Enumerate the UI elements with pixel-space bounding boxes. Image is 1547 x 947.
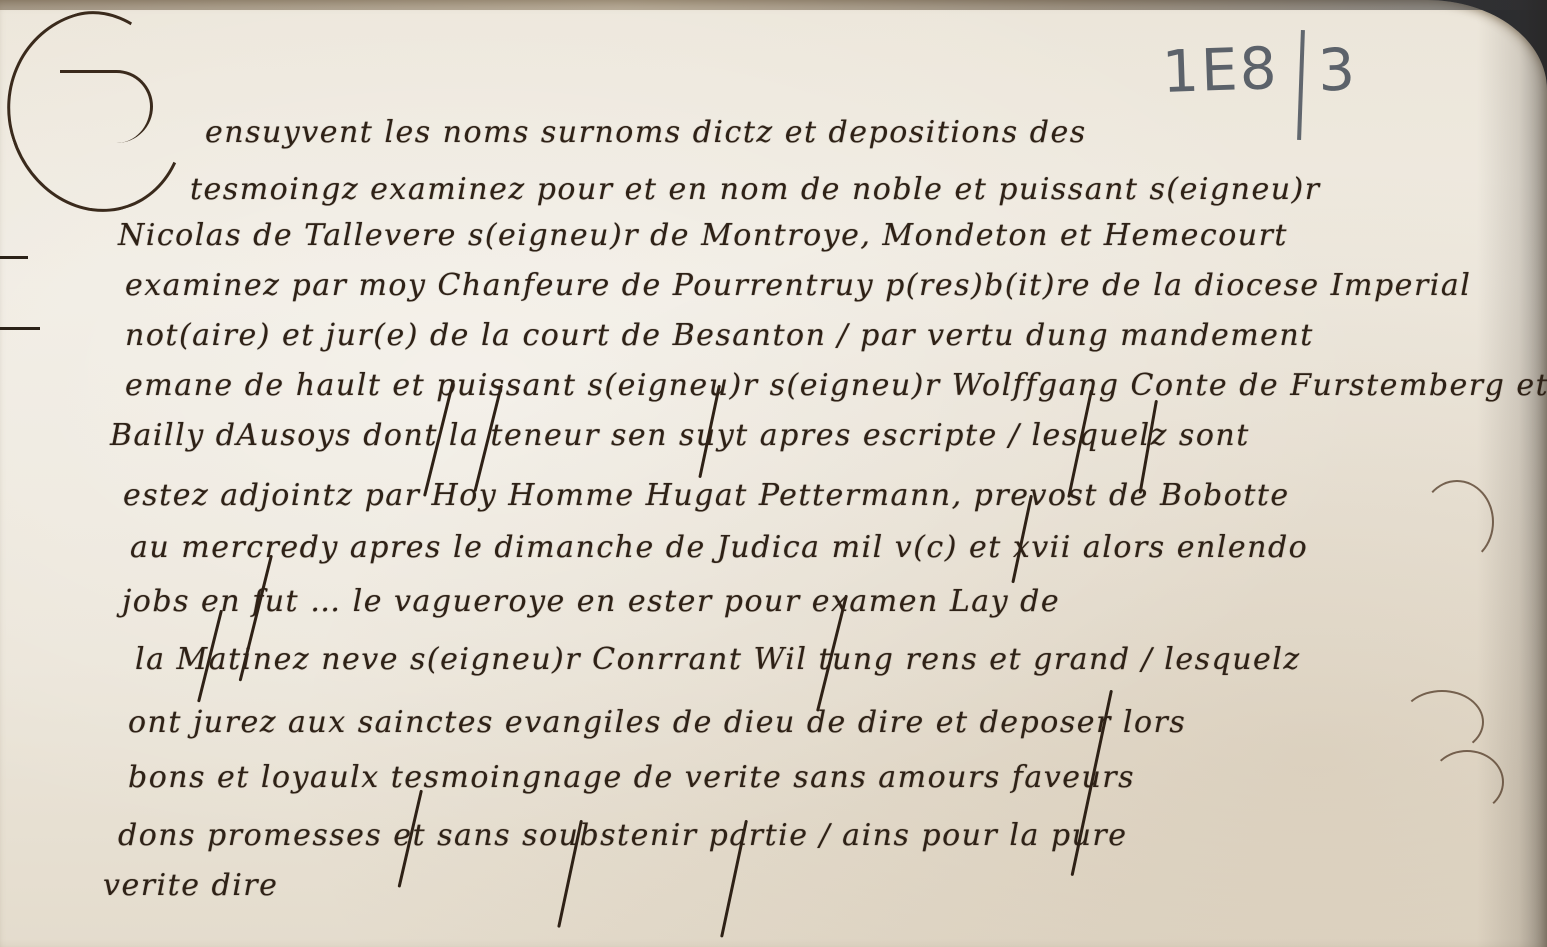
text-line-1: ensuyvent les noms surnoms dictz et depo… xyxy=(205,115,1087,150)
page-top-edge xyxy=(0,0,1547,10)
line-end-flourish xyxy=(1420,480,1494,564)
shelfmark-divider xyxy=(1297,30,1305,140)
margin-mark-2 xyxy=(0,327,40,330)
text-line-8: estez adjointz par Hoy Homme Hugat Pette… xyxy=(123,478,1290,513)
text-line-4: examinez par moy Chanfeure de Pourrentru… xyxy=(125,268,1471,303)
line-end-flourish xyxy=(1430,750,1504,814)
folio-number: 3 xyxy=(1317,35,1358,104)
shelfmark-code: 1E8 xyxy=(1161,34,1280,106)
text-line-14: dons promesses et sans soubstenir partie… xyxy=(118,818,1128,853)
text-line-13: bons et loyaulx tesmoingnage de verite s… xyxy=(128,760,1135,795)
line-end-flourish xyxy=(1400,690,1484,754)
archive-folio: 3 xyxy=(1317,35,1358,104)
margin-mark-1 xyxy=(0,256,28,259)
text-line-2: tesmoingz examinez pour et en nom de nob… xyxy=(190,172,1321,207)
text-line-11: la Matinez neve s(eigneu)r Conrrant Wil … xyxy=(135,642,1301,677)
manuscript-page: 1E8 3 ensuyvent les noms surnoms dictz e… xyxy=(0,0,1547,947)
text-line-12: ont jurez aux sainctes evangiles de dieu… xyxy=(128,705,1186,740)
text-line-15: verite dire xyxy=(103,868,278,903)
text-line-3: Nicolas de Tallevere s(eigneu)r de Montr… xyxy=(118,218,1288,253)
archive-shelfmark: 1E8 xyxy=(1161,34,1280,106)
text-line-9: au mercredy apres le dimanche de Judica … xyxy=(130,530,1308,565)
text-line-6: emane de hault et puissant s(eigneu)r s(… xyxy=(125,368,1547,403)
decorative-initial-stroke xyxy=(60,70,153,143)
text-line-5: not(aire) et jur(e) de la court de Besan… xyxy=(125,318,1314,353)
